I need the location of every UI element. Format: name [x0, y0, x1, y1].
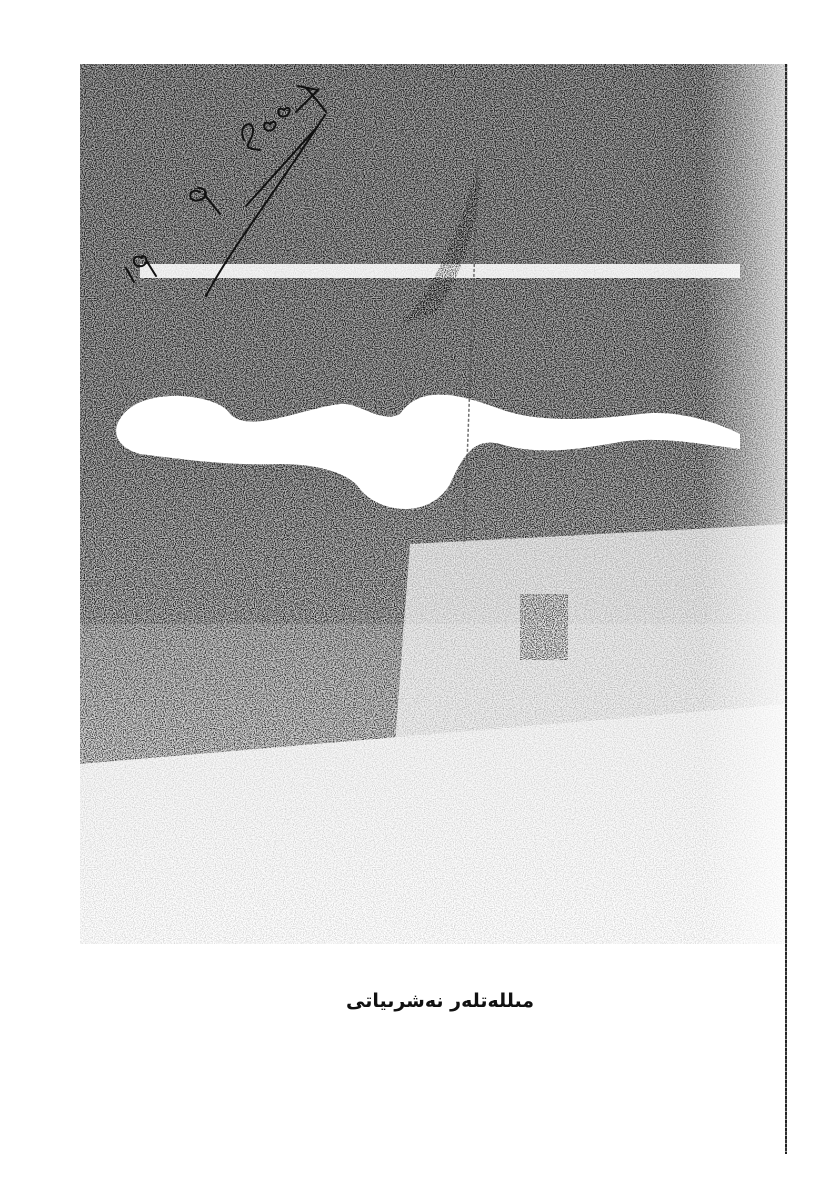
window-grid — [520, 594, 568, 660]
scanned-page: 19 . 9 . 2007 white calligraphic title (… — [0, 0, 840, 1198]
page-edge-border — [785, 64, 787, 1154]
cover-illustration — [80, 64, 788, 944]
publisher-name: مىللەتلەر نەشرىياتى — [260, 990, 620, 1012]
